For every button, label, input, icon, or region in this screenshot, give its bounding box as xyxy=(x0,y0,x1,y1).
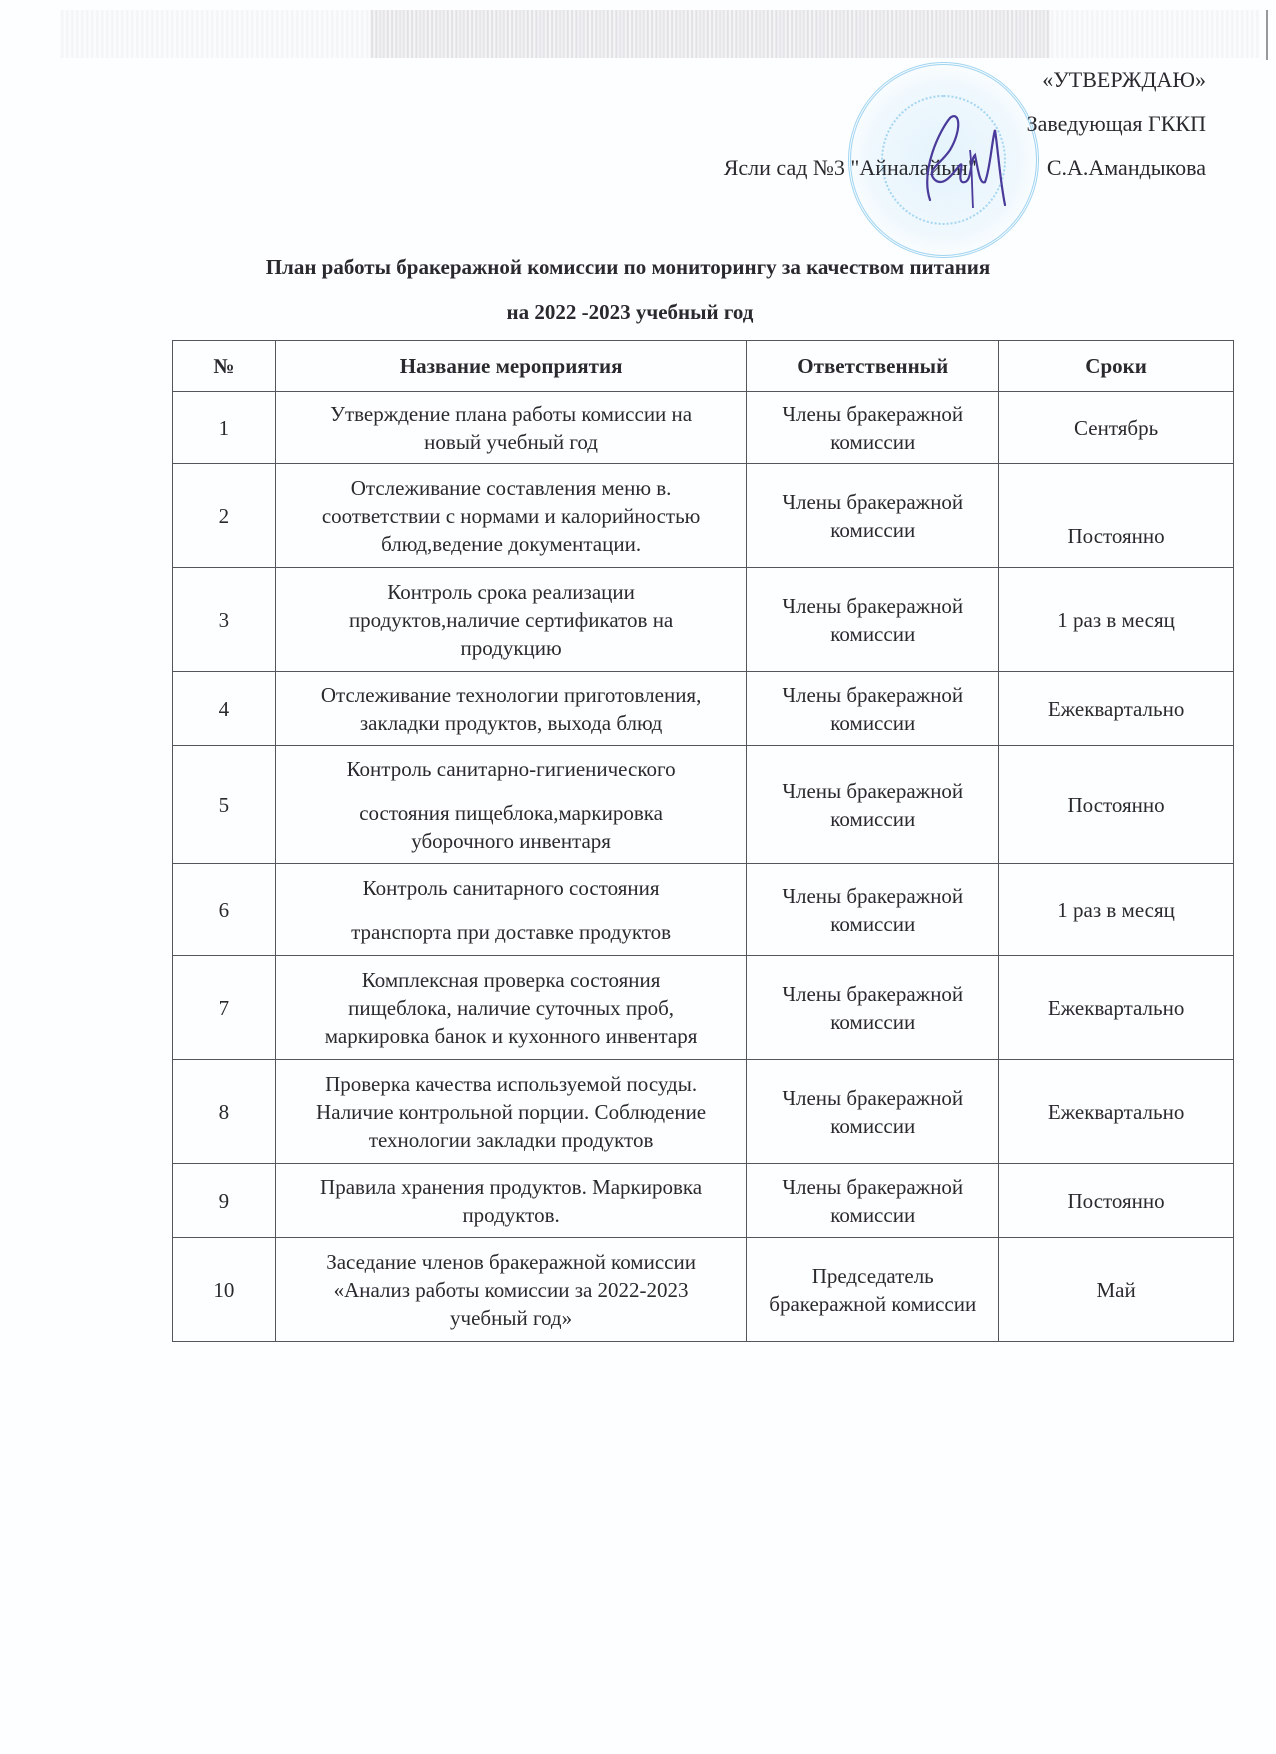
document-subtitle: на 2022 -2023 учебный год xyxy=(0,300,1268,325)
event-name-line: маркировка банок и кухонного инвентаря xyxy=(278,1022,745,1050)
header-number: № xyxy=(173,341,276,392)
term: Ежеквартально xyxy=(999,672,1234,746)
event-name-line: Отслеживание технологии приготовления, xyxy=(278,681,745,709)
table-row: 1Утверждение плана работы комиссии нанов… xyxy=(173,392,1234,464)
header-event-name: Название мероприятия xyxy=(275,341,747,392)
table-row: 4Отслеживание технологии приготовления,з… xyxy=(173,672,1234,746)
event-name-line: «Анализ работы комиссии за 2022-2023 xyxy=(278,1276,745,1304)
responsible-line: Члены бракеражной xyxy=(749,681,996,709)
event-name: Контроль санитарно-гигиеническогосостоян… xyxy=(275,746,747,864)
responsible: Члены бракеражнойкомиссии xyxy=(747,1060,999,1164)
table-row: 7Комплексная проверка состоянияпищеблока… xyxy=(173,956,1234,1060)
responsible: Члены бракеражнойкомиссии xyxy=(747,746,999,864)
event-name-line: блюд,ведение документации. xyxy=(278,530,745,558)
event-name-line: Контроль санитарно-гигиенического xyxy=(278,755,745,783)
event-name-line: закладки продуктов, выхода блюд xyxy=(278,709,745,737)
term: Постоянно xyxy=(999,746,1234,864)
table-row: 10Заседание членов бракеражной комиссии«… xyxy=(173,1238,1234,1342)
row-number: 1 xyxy=(173,392,276,464)
signature-icon xyxy=(910,110,1020,210)
event-name-line: пищеблока, наличие суточных проб, xyxy=(278,994,745,1022)
responsible-line: Члены бракеражной xyxy=(749,400,996,428)
row-number: 5 xyxy=(173,746,276,864)
term: 1 раз в месяц xyxy=(999,864,1234,956)
term: Май xyxy=(999,1238,1234,1342)
event-name-line: продукцию xyxy=(278,634,745,662)
event-name-line: Контроль санитарного состояния xyxy=(278,874,745,902)
row-number: 6 xyxy=(173,864,276,956)
event-name: Правила хранения продуктов. Маркировкапр… xyxy=(275,1164,747,1238)
event-name-line: Наличие контрольной порции. Соблюдение xyxy=(278,1098,745,1126)
scan-artifact-dense xyxy=(370,10,1050,58)
row-number: 2 xyxy=(173,464,276,568)
header-terms: Сроки xyxy=(999,341,1234,392)
table-row: 5Контроль санитарно-гигиеническогосостоя… xyxy=(173,746,1234,864)
table-row: 3Контроль срока реализациипродуктов,нали… xyxy=(173,568,1234,672)
approve-label: «УТВЕРЖДАЮ» xyxy=(724,58,1206,102)
term: Ежеквартально xyxy=(999,1060,1234,1164)
event-name-line: Правила хранения продуктов. Маркировка xyxy=(278,1173,745,1201)
responsible-line: комиссии xyxy=(749,910,996,938)
responsible: Члены бракеражнойкомиссии xyxy=(747,672,999,746)
row-number: 9 xyxy=(173,1164,276,1238)
responsible-line: комиссии xyxy=(749,709,996,737)
event-name-line: новый учебный год xyxy=(278,428,745,456)
responsible: Члены бракеражнойкомиссии xyxy=(747,864,999,956)
event-name-line: уборочного инвентаря xyxy=(278,827,745,855)
responsible: Члены бракеражнойкомиссии xyxy=(747,1164,999,1238)
responsible-line: комиссии xyxy=(749,620,996,648)
event-name-line: Контроль срока реализации xyxy=(278,578,745,606)
responsible-line: комиссии xyxy=(749,1112,996,1140)
event-name-line: транспорта при доставке продуктов xyxy=(278,918,745,946)
table-body: 1Утверждение плана работы комиссии нанов… xyxy=(173,392,1234,1342)
scan-edge-mark xyxy=(1266,10,1268,60)
event-name: Комплексная проверка состоянияпищеблока,… xyxy=(275,956,747,1060)
responsible: Члены бракеражнойкомиссии xyxy=(747,568,999,672)
responsible: Члены бракеражнойкомиссии xyxy=(747,464,999,568)
responsible: Члены бракеражнойкомиссии xyxy=(747,956,999,1060)
signer-name: С.А.Амандыкова xyxy=(1047,155,1206,180)
responsible-line: Члены бракеражной xyxy=(749,592,996,620)
event-name-line: учебный год» xyxy=(278,1304,745,1332)
row-number: 7 xyxy=(173,956,276,1060)
row-number: 3 xyxy=(173,568,276,672)
row-number: 4 xyxy=(173,672,276,746)
event-name-line: соответствии с нормами и калорийностью xyxy=(278,502,745,530)
event-name-line: продуктов. xyxy=(278,1201,745,1229)
header-responsible: Ответственный xyxy=(747,341,999,392)
term: Ежеквартально xyxy=(999,956,1234,1060)
event-name-line: Проверка качества используемой посуды. xyxy=(278,1070,745,1098)
row-number: 8 xyxy=(173,1060,276,1164)
term: Постоянно xyxy=(999,464,1234,568)
responsible-line: комиссии xyxy=(749,805,996,833)
table-row: 2Отслеживание составления меню в.соответ… xyxy=(173,464,1234,568)
responsible-line: комиссии xyxy=(749,1008,996,1036)
term: Сентябрь xyxy=(999,392,1234,464)
term: Постоянно xyxy=(999,1164,1234,1238)
event-name-line: Комплексная проверка состояния xyxy=(278,966,745,994)
responsible-line: Члены бракеражной xyxy=(749,1084,996,1112)
event-name: Отслеживание составления меню в.соответс… xyxy=(275,464,747,568)
responsible-line: Председатель xyxy=(749,1262,996,1290)
responsible-line: Члены бракеражной xyxy=(749,1173,996,1201)
table-row: 8Проверка качества используемой посуды.Н… xyxy=(173,1060,1234,1164)
responsible-line: комиссии xyxy=(749,516,996,544)
responsible-line: Члены бракеражной xyxy=(749,980,996,1008)
responsible-line: Члены бракеражной xyxy=(749,882,996,910)
responsible-line: комиссии xyxy=(749,1201,996,1229)
event-name-line: Утверждение плана работы комиссии на xyxy=(278,400,745,428)
event-name: Заседание членов бракеражной комиссии«Ан… xyxy=(275,1238,747,1342)
responsible-line: Члены бракеражной xyxy=(749,777,996,805)
event-name-line: продуктов,наличие сертификатов на xyxy=(278,606,745,634)
table-row: 9Правила хранения продуктов. Маркировкап… xyxy=(173,1164,1234,1238)
responsible: Члены бракеражнойкомиссии xyxy=(747,392,999,464)
event-name-line: Заседание членов бракеражной комиссии xyxy=(278,1248,745,1276)
responsible: Председательбракеражной комиссии xyxy=(747,1238,999,1342)
responsible-line: комиссии xyxy=(749,428,996,456)
event-name: Контроль срока реализациипродуктов,налич… xyxy=(275,568,747,672)
responsible-line: Члены бракеражной xyxy=(749,488,996,516)
event-name: Контроль санитарного состояниятранспорта… xyxy=(275,864,747,956)
event-name-line: Отслеживание составления меню в. xyxy=(278,474,745,502)
event-name: Утверждение плана работы комиссии нановы… xyxy=(275,392,747,464)
term: 1 раз в месяц xyxy=(999,568,1234,672)
work-plan-table: № Название мероприятия Ответственный Сро… xyxy=(172,340,1234,1342)
event-name-line: технологии закладки продуктов xyxy=(278,1126,745,1154)
event-name-line: состояния пищеблока,маркировка xyxy=(278,799,745,827)
event-name: Отслеживание технологии приготовления,за… xyxy=(275,672,747,746)
responsible-line: бракеражной комиссии xyxy=(749,1290,996,1318)
row-number: 10 xyxy=(173,1238,276,1342)
event-name: Проверка качества используемой посуды.На… xyxy=(275,1060,747,1164)
table-row: 6Контроль санитарного состояниятранспорт… xyxy=(173,864,1234,956)
table-header-row: № Название мероприятия Ответственный Сро… xyxy=(173,341,1234,392)
document-title: План работы бракеражной комиссии по мони… xyxy=(0,255,1266,280)
